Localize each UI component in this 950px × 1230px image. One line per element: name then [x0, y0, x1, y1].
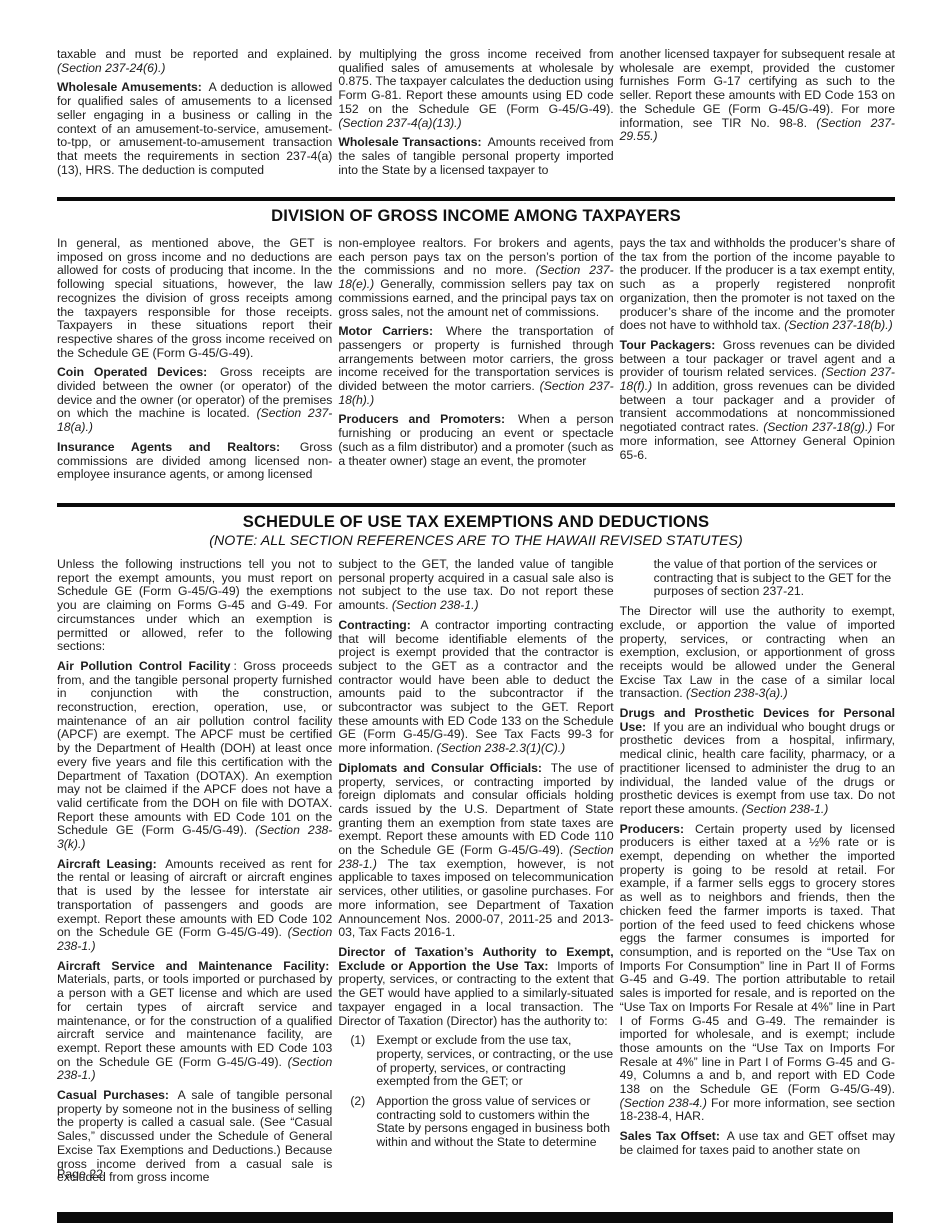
continued-list-text: the value of that portion of the service…	[620, 558, 895, 599]
paragraph: Coin Operated Devices: Gross receipts ar…	[57, 366, 332, 435]
top-text-band: taxable and must be reported and explain…	[57, 48, 895, 194]
text-column: Unless the following instructions tell y…	[57, 558, 332, 1194]
run-in-heading: Motor Carriers:	[338, 324, 436, 338]
section-reference: (Section 238-1.)	[392, 598, 479, 612]
body-text: Certain property used by licensed produc…	[620, 822, 895, 1096]
text-column: another licensed taxpayer for subsequent…	[620, 48, 895, 194]
bottom-rule	[57, 1212, 893, 1223]
paragraph: Motor Carriers: Where the transportation…	[338, 325, 613, 407]
text-column: subject to the GET, the landed value of …	[338, 558, 613, 1194]
paragraph: Director of Taxation’s Authority to Exem…	[338, 946, 613, 1028]
paragraph: Insurance Agents and Realtors: Gross com…	[57, 441, 332, 482]
text-column: the value of that portion of the service…	[620, 558, 895, 1194]
list-item: (2)Apportion the gross value of services…	[338, 1095, 613, 1150]
paragraph: Aircraft Service and Maintenance Facilit…	[57, 960, 332, 1083]
run-in-heading: Contracting:	[338, 618, 413, 632]
text-column: taxable and must be reported and explain…	[57, 48, 332, 194]
paragraph: Tour Packagers: Gross revenues can be di…	[620, 339, 895, 462]
body-text: taxable and must be reported and explain…	[57, 48, 332, 61]
paragraph: Producers: Certain property used by lice…	[620, 823, 895, 1124]
body-text: the value of that portion of the service…	[654, 558, 892, 598]
text-column: by multiplying the gross income received…	[338, 48, 613, 194]
section2-subtitle: (NOTE: ALL SECTION REFERENCES ARE TO THE…	[57, 533, 895, 550]
body-text: The tax exemption, however, is not appli…	[338, 857, 613, 940]
paragraph: another licensed taxpayer for subsequent…	[620, 48, 895, 144]
paragraph: pays the tax and withholds the producer’…	[620, 237, 895, 333]
paragraph: non-employee realtors. For brokers and a…	[338, 237, 613, 319]
run-in-heading: Coin Operated Devices:	[57, 365, 210, 379]
text-column: pays the tax and withholds the producer’…	[620, 237, 895, 501]
run-in-heading: Producers:	[620, 822, 687, 836]
body-text: A deduction is allowed for qualified sal…	[57, 80, 332, 176]
body-text: : Gross proceeds from, and the tangible …	[57, 659, 332, 837]
paragraph: Unless the following instructions tell y…	[57, 558, 332, 654]
paragraph: taxable and must be reported and explain…	[57, 48, 332, 75]
body-text: A contractor importing contracting that …	[338, 618, 613, 755]
list-marker: (1)	[350, 1034, 376, 1089]
paragraph: In general, as mentioned above, the GET …	[57, 237, 332, 360]
text-column: In general, as mentioned above, the GET …	[57, 237, 332, 501]
paragraph: Wholesale Amusements: A deduction is all…	[57, 81, 332, 177]
run-in-heading: Aircraft Leasing:	[57, 857, 160, 871]
document-page: taxable and must be reported and explain…	[0, 0, 950, 1230]
run-in-heading: Tour Packagers:	[620, 338, 719, 352]
run-in-heading: Insurance Agents and Realtors:	[57, 440, 283, 454]
body-text: Apportion the gross value of services or…	[376, 1094, 610, 1149]
text-column: non-employee realtors. For brokers and a…	[338, 237, 613, 501]
section-reference: (Section 237-24(6).)	[57, 61, 165, 75]
run-in-heading: Aircraft Service and Maintenance Facilit…	[57, 959, 332, 973]
run-in-heading: Wholesale Amusements:	[57, 80, 205, 94]
page-number: Page 22	[57, 1167, 103, 1181]
section1-text-band: In general, as mentioned above, the GET …	[57, 237, 895, 501]
paragraph: subject to the GET, the landed value of …	[338, 558, 613, 613]
section-reference: (Section 237-18(b).)	[784, 318, 892, 332]
section-reference: (Section 238-4.)	[620, 1096, 707, 1110]
section-divider-rule	[57, 197, 895, 201]
run-in-heading: Air Pollution Control Facility	[57, 659, 234, 673]
run-in-heading: Sales Tax Offset:	[620, 1129, 723, 1143]
paragraph: Wholesale Transactions: Amounts received…	[338, 136, 613, 177]
paragraph: Sales Tax Offset: A use tax and GET offs…	[620, 1130, 895, 1157]
list-item-text: Exempt or exclude from the use tax, prop…	[376, 1034, 613, 1089]
section-divider-rule	[57, 503, 895, 507]
section2-title: SCHEDULE OF USE TAX EXEMPTIONS AND DEDUC…	[57, 512, 895, 532]
section-reference: (Section 238-3(a).)	[686, 686, 788, 700]
body-text: Unless the following instructions tell y…	[57, 558, 332, 653]
section-reference: (Section 237-18(g).)	[763, 420, 872, 434]
paragraph: Air Pollution Control Facility: Gross pr…	[57, 660, 332, 852]
section-reference: (Section 238-2.3(1)(C).)	[437, 741, 566, 755]
section-reference: (Section 238-1.)	[742, 802, 829, 816]
section-reference: (Section 237-4(a)(13).)	[338, 116, 461, 130]
body-text: Exempt or exclude from the use tax, prop…	[376, 1033, 613, 1088]
paragraph: Drugs and Prosthetic Devices for Persona…	[620, 707, 895, 817]
paragraph: Diplomats and Consular Officials: The us…	[338, 762, 613, 940]
list-item: (1)Exempt or exclude from the use tax, p…	[338, 1034, 613, 1089]
section1-title: DIVISION OF GROSS INCOME AMONG TAXPAYERS	[57, 206, 895, 226]
paragraph: Aircraft Leasing: Amounts received as re…	[57, 858, 332, 954]
run-in-heading: Casual Purchases:	[57, 1088, 172, 1102]
list-item-text: Apportion the gross value of services or…	[376, 1095, 613, 1150]
list-marker: (2)	[350, 1095, 376, 1150]
paragraph: Producers and Promoters: When a person f…	[338, 413, 613, 468]
paragraph: The Director will use the authority to e…	[620, 605, 895, 701]
run-in-heading: Producers and Promoters:	[338, 412, 508, 426]
run-in-heading: Diplomats and Consular Officials:	[338, 761, 545, 775]
run-in-heading: Wholesale Transactions:	[338, 135, 484, 149]
body-text: Generally, commission sellers pay tax on…	[338, 277, 613, 318]
body-text: by multiplying the gross income received…	[338, 48, 613, 116]
paragraph: Contracting: A contractor importing cont…	[338, 619, 613, 756]
body-text: In general, as mentioned above, the GET …	[57, 237, 332, 360]
paragraph: by multiplying the gross income received…	[338, 48, 613, 130]
section2-text-band: Unless the following instructions tell y…	[57, 558, 895, 1194]
